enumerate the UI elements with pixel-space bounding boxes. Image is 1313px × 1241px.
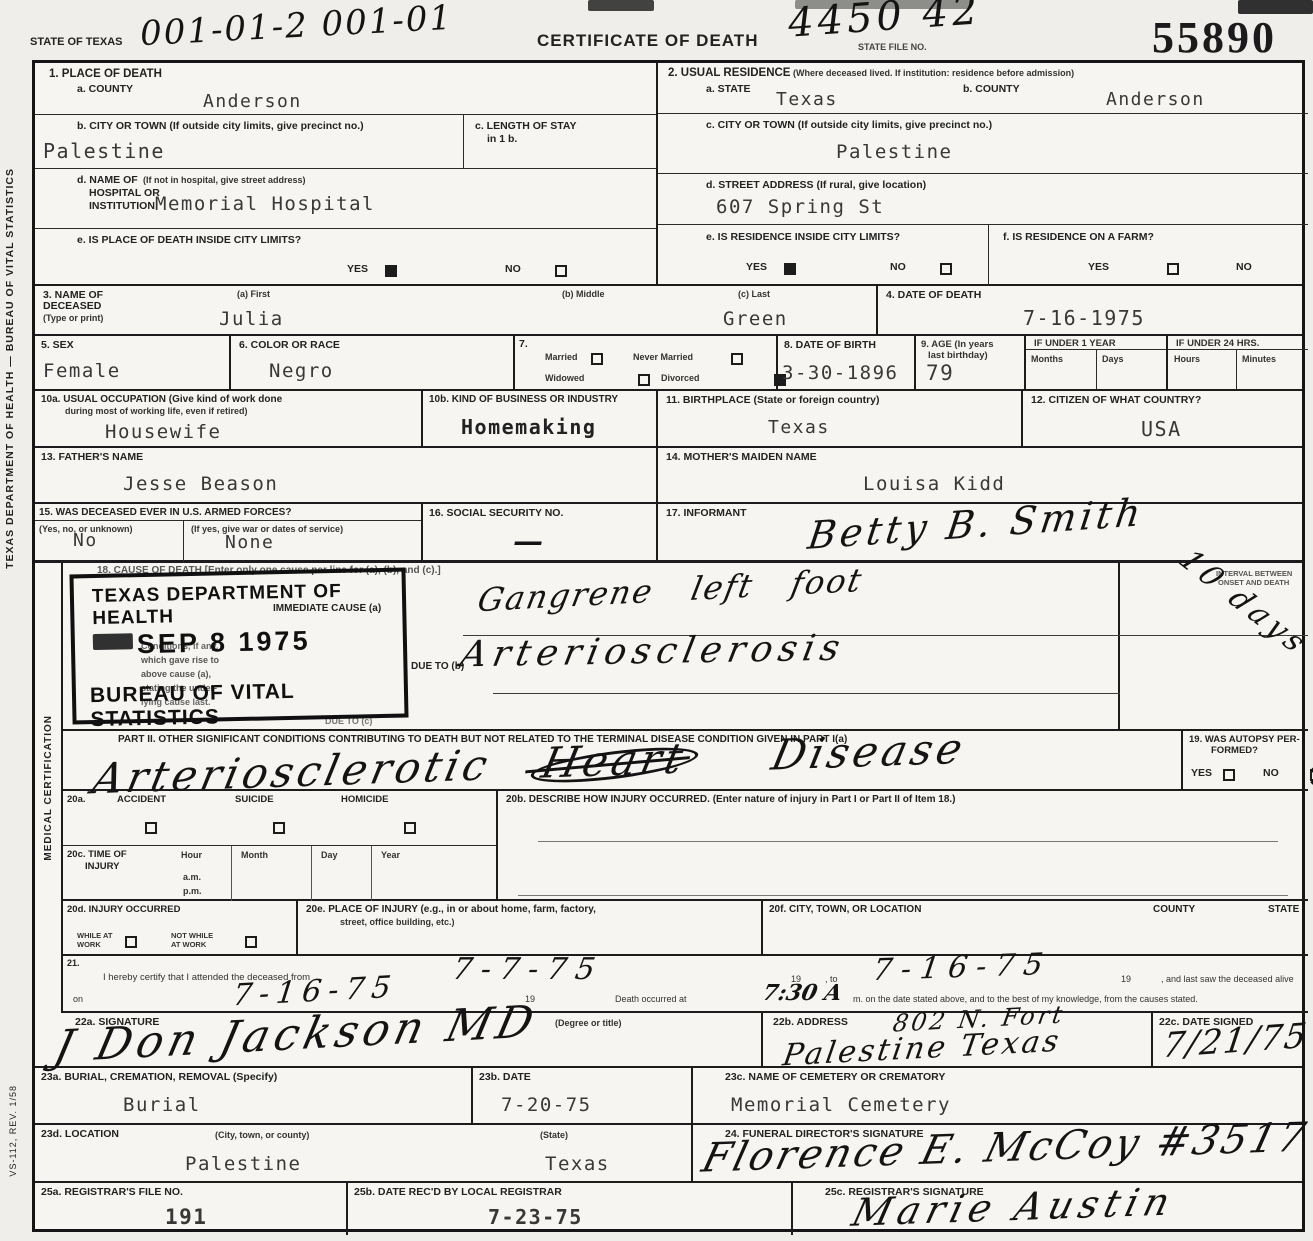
injury-type-label: 20a. [67,794,86,806]
father-label: 13. FATHER'S NAME [41,451,143,464]
under-1-year-label: IF UNDER 1 YEAR [1034,338,1116,349]
under-1-year-cell: IF UNDER 1 YEAR Months Days [1026,336,1168,389]
residence-county-value: Anderson [1106,89,1205,110]
date-of-birth-value: 3-30-1896 [782,362,898,384]
divider [463,114,464,168]
burial-date-cell: 23b. DATE 7-20-75 [473,1068,693,1123]
stamp-line1: TEXAS DEPARTMENT OF HEALTH [92,580,403,630]
margin-department: TEXAS DEPARTMENT OF HEALTH — BUREAU OF V… [4,68,24,668]
registrar-file-value: 191 [165,1205,207,1229]
widowed-checkbox [638,374,650,386]
date-of-death-value: 7-16-1975 [1023,306,1145,330]
marital-status-cell: 7. Married Never Married Widowed Divorce… [515,336,778,389]
widowed-label: Widowed [545,373,584,383]
burial-location-value1: Palestine [185,1153,301,1175]
mother-value: Louisa Kidd [863,473,1005,495]
row-part2-autopsy: PART II. OTHER SIGNIFICANT CONDITIONS CO… [63,731,1308,791]
time-of-death-value: 7:30 A [760,980,844,1006]
date-of-birth-label: 8. DATE OF BIRTH [784,339,876,352]
date-of-death-label: 4. DATE OF DEATH [886,289,981,302]
last-name-value: Green [723,308,788,330]
age-label: 9. AGE (In years [921,339,994,350]
birthplace-cell: 11. BIRTHPLACE (State or foreign country… [658,391,1023,446]
registrar-file-label: 25a. REGISTRAR'S FILE NO. [41,1186,183,1199]
registrar-date-label: 25b. DATE REC'D BY LOCAL REGISTRAR [354,1186,562,1199]
certify-number-label: 21. [67,958,80,969]
accident-checkbox [145,822,157,834]
row-physician: 22a. SIGNATURE (Degree or title) J Don J… [35,1013,1302,1068]
certify-statement-cell: 21. I hereby certify that I attended the… [63,956,1308,1011]
residence-farm-yes-checkbox [1167,263,1179,275]
state-file-no-label: STATE FILE NO. [858,42,927,52]
stamp-line3: BUREAU OF VITAL STATISTICS [90,678,405,733]
place-limits-no: NO [505,263,521,276]
city-value: Palestine [43,139,165,163]
occupation-label: 10a. USUAL OCCUPATION (Give kind of work… [41,394,282,407]
burial-location-sub2: (State) [540,1130,568,1140]
certificate-title: CERTIFICATE OF DEATH [537,30,758,51]
residence-farm-yes: YES [1088,261,1109,274]
attended-from-value: 7-7-75 [450,952,607,987]
birthplace-label: 11. BIRTHPLACE (State or foreign country… [666,394,880,407]
time-of-injury-label1: 20c. TIME OF [67,849,127,861]
suicide-label: SUICIDE [235,794,274,806]
residence-farm-label: f. IS RESIDENCE ON A FARM? [1003,231,1154,244]
days-label: Days [1102,354,1124,364]
place-of-injury-label2: street, office building, etc.) [340,917,455,927]
row-name-dateofdeath: 3. NAME OF DECEASED (Type or print) (a) … [35,286,1302,336]
residence-title-note: (Where deceased lived. If institution: r… [793,68,1074,78]
row-place-residence: 1. PLACE OF DEATH a. COUNTY Anderson b. … [35,63,1302,286]
residence-title: 2. USUAL RESIDENCE [668,66,790,80]
first-name-cell: (a) First Julia [207,286,558,334]
burial-type-label: 23a. BURIAL, CREMATION, REMOVAL (Specify… [41,1071,277,1084]
am-label: a.m. [183,872,201,882]
cemetery-cell: 23c. NAME OF CEMETERY OR CREMATORY Memor… [693,1068,1308,1123]
length-of-stay-label: c. LENGTH OF STAY [475,120,577,133]
writing-line [493,693,1120,694]
industry-value: Homemaking [461,415,596,439]
stamp-date: SEP 8 1975 [137,626,311,661]
residence-limits-no-checkbox [940,263,952,275]
street-address-label: d. STREET ADDRESS (If rural, give locati… [706,179,926,192]
due-to-b-label: DUE TO (b) [411,661,464,674]
not-while-label2: AT WORK [171,940,206,949]
armed-forces-value1: No [73,530,98,551]
date-of-birth-cell: 8. DATE OF BIRTH 3-30-1896 [778,336,916,389]
city-label: b. CITY OR TOWN (If outside city limits,… [77,120,364,133]
registrar-date-cell: 25b. DATE REC'D BY LOCAL REGISTRAR 7-23-… [348,1183,793,1235]
county-value: Anderson [203,91,302,112]
industry-cell: 10b. KIND OF BUSINESS OR INDUSTRY Homema… [423,391,658,446]
injury-state-label: STATE [1268,904,1299,917]
physician-address-cell: 22b. ADDRESS 802 N. Fort Palestine Texas [763,1013,1153,1066]
autopsy-yes: YES [1191,767,1212,780]
age-label2: last birthday) [928,350,988,361]
hospital-note: (If not in hospital, give street address… [143,175,306,185]
age-cell: 9. AGE (In years last birthday) 79 [916,336,1026,389]
residence-limits-no: NO [890,261,906,274]
armed-forces-cell: 15. WAS DECEASED EVER IN U.S. ARMED FORC… [35,504,423,560]
citizen-label: 12. CITIZEN OF WHAT COUNTRY? [1031,394,1201,407]
residence-limits-label: e. IS RESIDENCE INSIDE CITY LIMITS? [706,231,900,244]
citizen-cell: 12. CITIZEN OF WHAT COUNTRY? USA [1023,391,1308,446]
ssn-cell: 16. SOCIAL SECURITY NO. — [423,504,658,560]
ssn-value: — [513,524,543,559]
middle-name-cell: (b) Middle [558,286,683,334]
citizen-value: USA [1141,417,1182,441]
row-sex-race-age: 5. SEX Female 6. COLOR OR RACE Negro 7. … [35,336,1302,391]
year-19-b: 19 [1121,974,1131,984]
row-location-director: 23d. LOCATION (City, town, or county) Pa… [35,1125,1302,1183]
armed-forces-value2: None [225,532,274,553]
residence-farm-no: NO [1236,261,1252,274]
cemetery-label: 23c. NAME OF CEMETERY OR CREMATORY [725,1071,945,1084]
never-married-checkbox [731,353,743,365]
part2-cell: PART II. OTHER SIGNIFICANT CONDITIONS CO… [63,731,1183,789]
residence-county-label: b. COUNTY [963,83,1020,96]
hospital-label3: INSTITUTION [89,200,155,213]
place-city-limits-label: e. IS PLACE OF DEATH INSIDE CITY LIMITS? [77,234,301,247]
divider [183,520,184,563]
hospital-value: Memorial Hospital [155,193,375,215]
row-forces-ssn-informant: 15. WAS DECEASED EVER IN U.S. ARMED FORC… [35,504,1302,563]
residence-city-label: c. CITY OR TOWN (If outside city limits,… [706,119,992,132]
residence-city-value: Palestine [836,141,952,163]
autopsy-label2: FORMED? [1211,745,1258,757]
place-limits-yes-checkbox [385,265,397,277]
scan-artifact [588,0,654,11]
while-at-work-label2: WORK [77,940,101,949]
date-signed-cell: 22c. DATE SIGNED 7/21/75 [1153,1013,1308,1066]
stamp-blot [93,633,133,650]
hours-label: Hours [1174,354,1200,364]
street-address-value: 607 Spring St [716,196,884,218]
burial-date-value: 7-20-75 [501,1094,592,1116]
burial-location-label: 23d. LOCATION [41,1128,119,1141]
occupation-label2: during most of working life, even if ret… [65,406,248,416]
industry-label: 10b. KIND OF BUSINESS OR INDUSTRY [429,394,618,407]
race-value: Negro [269,360,334,382]
divider [35,520,421,521]
never-married-label: Never Married [633,352,693,362]
last-name-cell: (c) Last Green [683,286,878,334]
certificate-number: 55890 [1152,12,1277,63]
physician-address-label: 22b. ADDRESS [773,1016,848,1029]
homicide-label: HOMICIDE [341,794,389,806]
row-cause-of-death: 18. CAUSE OF DEATH [Enter only one cause… [63,563,1308,731]
while-at-work-label1: WHILE AT [77,931,112,940]
months-label: Months [1031,354,1063,364]
handwritten-local-file-codes: 001-01-2 001-01 [139,0,454,54]
burial-location-cell: 23d. LOCATION (City, town, or county) Pa… [35,1125,693,1181]
certificate-form: 1. PLACE OF DEATH a. COUNTY Anderson b. … [32,60,1305,1232]
not-while-label1: NOT WHILE [171,931,213,940]
suicide-checkbox [273,822,285,834]
state-of-texas-label: STATE OF TEXAS [30,36,123,50]
divider [311,846,312,901]
name-label2: DECEASED [43,300,101,313]
married-label: Married [545,352,578,362]
divider [1236,349,1237,389]
attended-to-value: 7-16-75 [871,947,1055,988]
row-certify-statement: 21. I hereby certify that I attended the… [63,956,1308,1013]
mother-name-cell: 14. MOTHER'S MAIDEN NAME Louisa Kidd [658,448,1308,502]
burial-type-cell: 23a. BURIAL, CREMATION, REMOVAL (Specify… [35,1068,473,1123]
sex-label: 5. SEX [41,339,74,352]
divider [371,846,372,901]
burial-location-value2: Texas [545,1153,610,1175]
certify-on-text: on [73,994,83,1004]
race-cell: 6. COLOR OR RACE Negro [231,336,515,389]
place-of-injury-cell: 20e. PLACE OF INJURY (e.g., in or about … [298,901,763,954]
injury-occurred-cell: 20d. INJURY OCCURRED WHILE AT WORK NOT W… [63,901,298,954]
residence-limits-yes: YES [746,261,767,274]
residence-state-value: Texas [776,89,838,110]
divider [1168,349,1308,350]
immediate-cause-value: Gangrene left foot [475,561,867,620]
residence-state-label: a. STATE [706,83,751,96]
autopsy-cell: 19. WAS AUTOPSY PER- FORMED? YES NO [1183,731,1308,789]
describe-injury-cell: 20b. DESCRIBE HOW INJURY OCCURRED. (Ente… [498,791,1308,899]
place-of-injury-label1: 20e. PLACE OF INJURY (e.g., in or about … [306,904,596,917]
funeral-director-signature: Florence E. McCoy #3517 [697,1114,1312,1182]
age-value: 79 [926,361,954,385]
injury-county-label: COUNTY [1153,904,1195,917]
registrar-date-value: 7-23-75 [488,1205,583,1229]
degree-title-label: (Degree or title) [555,1018,622,1028]
hospital-label2: HOSPITAL OR [89,187,160,200]
ssn-label: 16. SOCIAL SECURITY NO. [429,507,563,520]
father-name-cell: 13. FATHER'S NAME Jesse Beason [35,448,658,502]
death-certificate-scan: STATE OF TEXAS 001-01-2 001-01 CERTIFICA… [0,0,1313,1241]
year-label: Year [381,850,400,860]
middle-name-label: (b) Middle [562,289,605,299]
injury-occurred-label: 20d. INJURY OCCURRED [67,904,181,916]
divorced-label: Divorced [661,373,700,383]
residence-limits-yes-checkbox [784,263,796,275]
length-of-stay-label2: in 1 b. [487,133,517,146]
registrar-file-cell: 25a. REGISTRAR'S FILE NO. 191 [35,1183,348,1235]
physician-signature-cell: 22a. SIGNATURE (Degree or title) J Don J… [35,1013,763,1066]
hour-label: Hour [181,850,202,860]
first-name-label: (a) First [237,289,270,299]
medical-certification-strip: MEDICAL CERTIFICATION [35,563,63,1013]
medical-certification-label: MEDICAL CERTIFICATION [43,715,54,861]
month-label: Month [241,850,268,860]
pm-label: p.m. [183,886,202,896]
divider [988,224,989,286]
hospital-label: d. NAME OF [77,174,138,187]
writing-line [518,895,1288,896]
injury-city-label: 20f. CITY, TOWN, OR LOCATION [769,904,921,917]
married-checkbox [591,353,603,365]
time-of-injury-label2: INJURY [85,861,120,873]
under-24-hrs-cell: IF UNDER 24 HRS. Hours Minutes [1168,336,1308,389]
part2-value-3: Disease [767,724,970,780]
mother-label: 14. MOTHER'S MAIDEN NAME [666,451,817,464]
autopsy-yes-checkbox [1223,769,1235,781]
name-label3: (Type or print) [43,313,103,323]
due-to-b-value: Arteriosclerosis [457,628,849,676]
not-while-checkbox [245,936,257,948]
injury-location-cell: 20f. CITY, TOWN, OR LOCATION COUNTY STAT… [763,901,1308,954]
margin-department-text: TEXAS DEPARTMENT OF HEALTH — BUREAU OF V… [4,168,16,569]
informant-label: 17. INFORMANT [666,507,747,520]
cause-of-death-cell: 18. CAUSE OF DEATH [Enter only one cause… [63,563,1120,729]
row-injury-top: 20a. ACCIDENT SUICIDE HOMICIDE 20c. TIME… [63,791,1308,901]
homicide-checkbox [404,822,416,834]
occupation-cell: 10a. USUAL OCCUPATION (Give kind of work… [35,391,423,446]
row-burial: 23a. BURIAL, CREMATION, REMOVAL (Specify… [35,1068,1302,1125]
day-label: Day [321,850,338,860]
row-occupation: 10a. USUAL OCCUPATION (Give kind of work… [35,391,1302,448]
occupation-value: Housewife [105,421,221,443]
armed-forces-label: 15. WAS DECEASED EVER IN U.S. ARMED FORC… [39,507,291,520]
row-registrar: 25a. REGISTRAR'S FILE NO. 191 25b. DATE … [35,1183,1302,1235]
time-of-injury-cell: 20c. TIME OF INJURY Hour Month Day Year … [63,846,498,901]
county-label: a. COUNTY [77,83,133,96]
accident-suicide-homicide-cell: 20a. ACCIDENT SUICIDE HOMICIDE [63,791,498,846]
while-at-work-checkbox [125,936,137,948]
burial-type-value: Burial [123,1094,201,1116]
minutes-label: Minutes [1242,354,1276,364]
interval-cell: INTERVAL BETWEEN ONSET AND DEATH 10 days [1120,563,1308,729]
handwritten-state-file-number: 4450 42 [787,0,983,47]
row-injury-bottom: 20d. INJURY OCCURRED WHILE AT WORK NOT W… [63,901,1308,956]
writing-line [538,841,1278,842]
describe-injury-label: 20b. DESCRIBE HOW INJURY OCCURRED. (Ente… [506,794,956,807]
funeral-director-cell: 24. FUNERAL DIRECTOR'S SIGNATURE Florenc… [693,1125,1308,1181]
date-of-death-cell: 4. DATE OF DEATH 7-16-1975 [878,286,1308,334]
part2-value-2-struck: Heart [537,733,691,787]
margin-form-rev-text: VS-112, REV. 1/58 [8,1085,18,1177]
physician-address-value2: Palestine Texas [780,1024,1064,1074]
accident-label: ACCIDENT [117,794,166,806]
place-of-death-title: 1. PLACE OF DEATH [49,67,162,81]
cemetery-value: Memorial Cemetery [731,1094,951,1116]
sex-value: Female [43,360,121,382]
injury-left-col: 20a. ACCIDENT SUICIDE HOMICIDE 20c. TIME… [63,791,498,899]
registrar-signature-cell: 25c. REGISTRAR'S SIGNATURE Marie Austin [793,1183,1308,1235]
autopsy-no: NO [1263,767,1279,780]
under-24-hrs-label: IF UNDER 24 HRS. [1176,338,1259,349]
certify-text2: , and last saw the deceased alive [1161,974,1294,984]
burial-location-sub1: (City, town, or county) [215,1130,309,1140]
name-of-deceased-label-cell: 3. NAME OF DECEASED (Type or print) [35,286,207,334]
divider [231,846,232,901]
place-limits-yes: YES [347,263,368,276]
last-name-label: (c) Last [738,289,770,299]
race-label: 6. COLOR OR RACE [239,339,340,352]
margin-form-rev: VS-112, REV. 1/58 [8,1085,24,1220]
section-place-of-death: 1. PLACE OF DEATH a. COUNTY Anderson b. … [35,63,658,284]
vital-statistics-stamp: TEXAS DEPARTMENT OF HEALTH SEP 8 1975 BU… [69,567,408,724]
place-limits-no-checkbox [555,265,567,277]
sex-cell: 5. SEX Female [35,336,231,389]
first-name-value: Julia [219,308,284,330]
death-occurred-text: Death occurred at [615,994,687,1004]
birthplace-value: Texas [768,417,830,438]
divider [1096,349,1097,389]
burial-date-label: 23b. DATE [479,1071,531,1084]
marital-label: 7. [519,338,528,351]
section-usual-residence: 2. USUAL RESIDENCE (Where deceased lived… [658,63,1308,284]
informant-cell: 17. INFORMANT Betty B. Smith [658,504,1308,560]
father-value: Jesse Beason [123,473,278,495]
